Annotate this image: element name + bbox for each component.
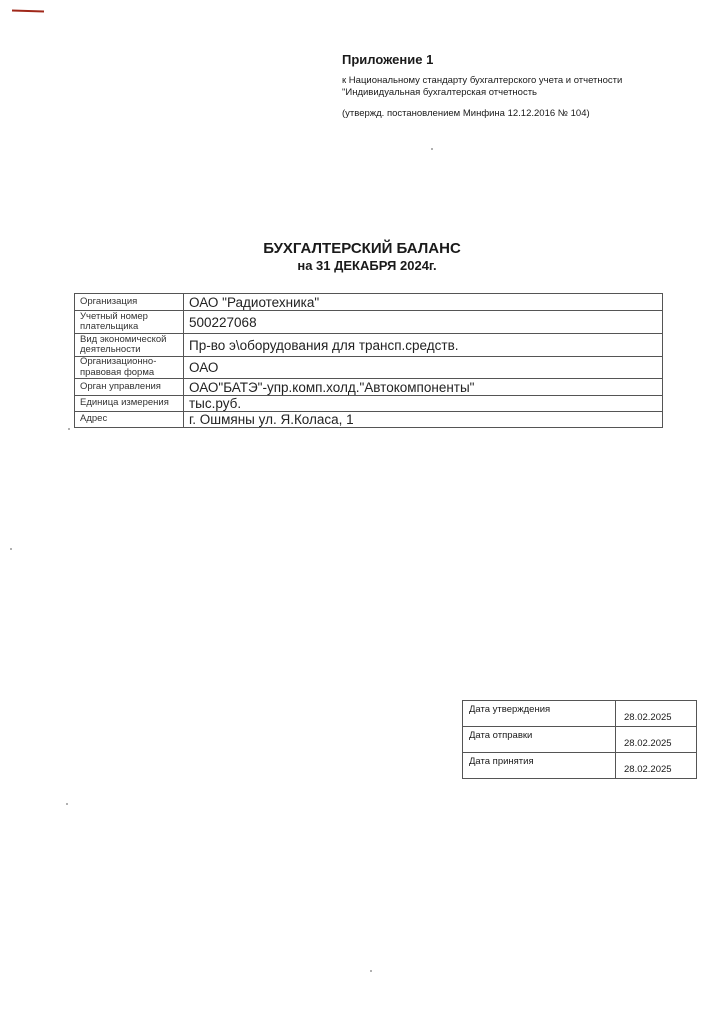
scan-speck <box>370 970 372 972</box>
row-value: тыс.руб. <box>184 396 663 412</box>
row-value: г. Ошмяны ул. Я.Коласа, 1 <box>184 412 663 428</box>
table-row: Учетный номер плательщика 500227068 <box>75 311 663 334</box>
date-value: 28.02.2025 <box>616 701 697 727</box>
table-row: Дата принятия 28.02.2025 <box>463 753 697 779</box>
row-label: Единица измерения <box>75 396 184 412</box>
date-value: 28.02.2025 <box>616 727 697 753</box>
row-label: Организация <box>75 294 184 311</box>
row-value: 500227068 <box>184 311 663 334</box>
row-label: Адрес <box>75 412 184 428</box>
appendix-header: Приложение 1 к Национальному стандарту б… <box>342 52 622 119</box>
date-label: Дата принятия <box>463 753 616 779</box>
dates-table: Дата утверждения 28.02.2025 Дата отправк… <box>462 700 697 779</box>
scan-speck <box>66 803 68 805</box>
appendix-approval: (утвержд. постановлением Минфина 12.12.2… <box>342 108 622 119</box>
table-row: Организационно-правовая форма ОАО <box>75 357 663 379</box>
row-value: ОАО "Радиотехника" <box>184 294 663 311</box>
row-value: Пр-во э\оборудования для трансп.средств. <box>184 334 663 357</box>
table-row: Адрес г. Ошмяны ул. Я.Коласа, 1 <box>75 412 663 428</box>
pen-mark <box>12 9 44 12</box>
appendix-standard-line: к Национальному стандарту бухгалтерского… <box>342 75 622 87</box>
document-title: БУХГАЛТЕРСКИЙ БАЛАНС <box>0 240 724 258</box>
row-label: Учетный номер плательщика <box>75 311 184 334</box>
date-value: 28.02.2025 <box>616 753 697 779</box>
row-value: ОАО <box>184 357 663 379</box>
scan-speck <box>10 548 12 550</box>
table-row: Единица измерения тыс.руб. <box>75 396 663 412</box>
document-date: на 31 ДЕКАБРЯ 2024г. <box>10 258 724 273</box>
table-row: Вид экономической деятельности Пр-во э\о… <box>75 334 663 357</box>
appendix-standard-name: "Индивидуальная бухгалтерская отчетность <box>342 87 622 99</box>
date-label: Дата утверждения <box>463 701 616 727</box>
appendix-title: Приложение 1 <box>342 52 622 67</box>
table-row: Дата утверждения 28.02.2025 <box>463 701 697 727</box>
table-row: Организация ОАО "Радиотехника" <box>75 294 663 311</box>
document-title-block: БУХГАЛТЕРСКИЙ БАЛАНС на 31 ДЕКАБРЯ 2024г… <box>0 240 724 273</box>
row-label: Вид экономической деятельности <box>75 334 184 357</box>
table-row: Дата отправки 28.02.2025 <box>463 727 697 753</box>
scan-speck <box>68 428 70 430</box>
row-label: Орган управления <box>75 379 184 396</box>
table-row: Орган управления ОАО"БАТЭ"-упр.комп.холд… <box>75 379 663 396</box>
scan-speck <box>431 148 433 150</box>
date-label: Дата отправки <box>463 727 616 753</box>
organization-info-table: Организация ОАО "Радиотехника" Учетный н… <box>74 293 663 428</box>
row-label: Организационно-правовая форма <box>75 357 184 379</box>
row-value: ОАО"БАТЭ"-упр.комп.холд."Автокомпоненты" <box>184 379 663 396</box>
